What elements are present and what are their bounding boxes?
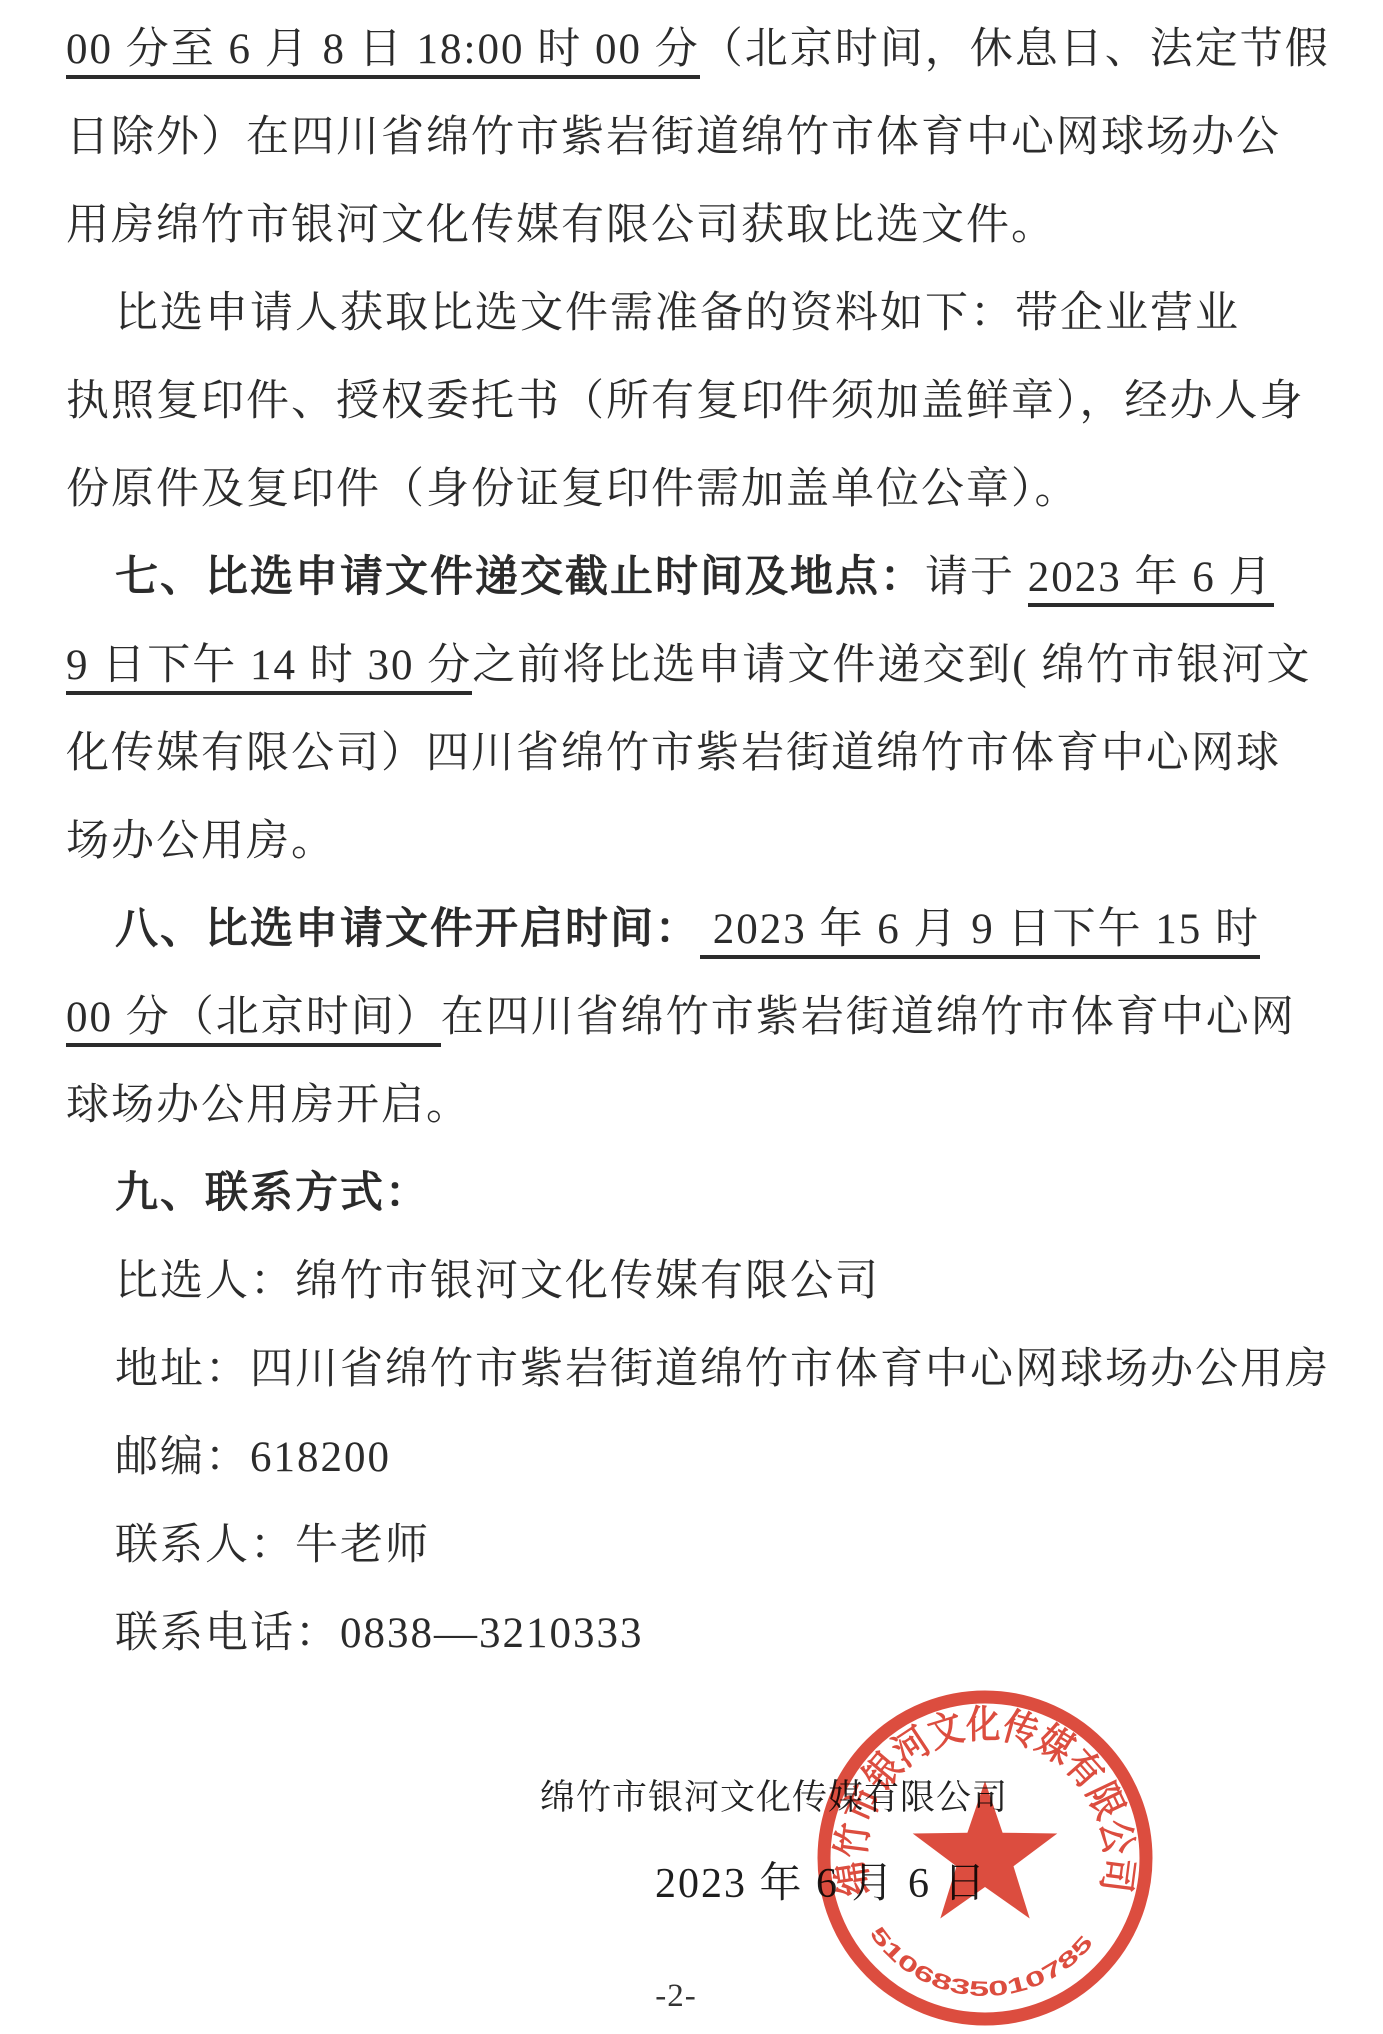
document-line: 9 日下午 14 时 30 分之前将比选申请文件递交到( 绵竹市银河文 [66, 622, 1328, 710]
document-line: 七、比选申请文件递交截止时间及地点：请于 2023 年 6 月 [66, 534, 1328, 622]
text-segment: 请于 [925, 554, 1028, 601]
document-line: 场办公用房。 [66, 798, 1328, 886]
text-segment: 份原件及复印件（身份证复印件需加盖单位公章）。 [66, 466, 1080, 513]
text-segment: 之前将比选申请文件递交到( 绵竹市银河文 [472, 642, 1311, 689]
document-line: 日除外）在四川省绵竹市紫岩街道绵竹市体育中心网球场办公 [66, 94, 1328, 182]
document-text-block: 00 分至 6 月 8 日 18:00 时 00 分（北京时间，休息日、法定节假… [66, 6, 1328, 1678]
document-line: 球场办公用房开启。 [66, 1062, 1328, 1150]
document-line: 执照复印件、授权委托书（所有复印件须加盖鲜章），经办人身 [66, 358, 1328, 446]
text-segment: 九、联系方式： [115, 1170, 430, 1217]
text-segment: 地址：四川省绵竹市紫岩街道绵竹市体育中心网球场办公用房 [115, 1346, 1330, 1393]
text-segment: 在四川省绵竹市紫岩街道绵竹市体育中心网 [441, 994, 1296, 1041]
page-number: -2- [601, 1978, 751, 2015]
text-segment: 七、比选申请文件递交截止时间及地点： [115, 554, 925, 601]
text-segment: 比选申请人获取比选文件需准备的资料如下：带企业营业 [115, 290, 1240, 337]
document-line: 化传媒有限公司）四川省绵竹市紫岩街道绵竹市体育中心网球 [66, 710, 1328, 798]
text-segment: 化传媒有限公司）四川省绵竹市紫岩街道绵竹市体育中心网球 [66, 730, 1281, 777]
text-segment: 00 分（北京时间） [66, 994, 441, 1047]
document-line: 联系电话：0838—3210333 [66, 1590, 1328, 1678]
text-segment: 00 分至 6 月 8 日 18:00 时 00 分 [66, 26, 700, 79]
text-segment: 2023 年 6 月 [1028, 554, 1274, 607]
document-line: 比选申请人获取比选文件需准备的资料如下：带企业营业 [66, 270, 1328, 358]
text-segment: 比选人：绵竹市银河文化传媒有限公司 [115, 1258, 880, 1305]
document-line: 用房绵竹市银河文化传媒有限公司获取比选文件。 [66, 182, 1328, 270]
text-segment: 2023 年 6 月 9 日下午 15 时 [700, 906, 1260, 959]
document-line: 地址：四川省绵竹市紫岩街道绵竹市体育中心网球场办公用房 [66, 1326, 1328, 1414]
text-segment: 用房绵竹市银河文化传媒有限公司获取比选文件。 [66, 202, 1056, 249]
seal-serial-number: 5106835010785 [865, 1922, 1098, 2001]
signature-company: 绵竹市银河文化传媒有限公司 [540, 1770, 1008, 1820]
text-segment: 八、比选申请文件开启时间： [115, 906, 700, 953]
text-segment: （北京时间，休息日、法定节假 [700, 26, 1330, 73]
document-line: 00 分（北京时间）在四川省绵竹市紫岩街道绵竹市体育中心网 [66, 974, 1328, 1062]
text-segment: 执照复印件、授权委托书（所有复印件须加盖鲜章），经办人身 [66, 378, 1305, 425]
text-segment: 日除外）在四川省绵竹市紫岩街道绵竹市体育中心网球场办公 [66, 114, 1281, 161]
document-line: 联系人：牛老师 [66, 1502, 1328, 1590]
document-line: 八、比选申请文件开启时间： 2023 年 6 月 9 日下午 15 时 [66, 886, 1328, 974]
document-line: 00 分至 6 月 8 日 18:00 时 00 分（北京时间，休息日、法定节假 [66, 6, 1328, 94]
document-line: 邮编：618200 [66, 1414, 1328, 1502]
text-segment: 场办公用房。 [66, 818, 336, 865]
scanned-document-page: { "page": { "number_label": "-2-", "back… [0, 0, 1383, 2034]
text-segment: 9 日下午 14 时 30 分 [66, 642, 472, 695]
document-line: 比选人：绵竹市银河文化传媒有限公司 [66, 1238, 1328, 1326]
text-segment: 邮编：618200 [115, 1434, 391, 1481]
text-segment: 联系人：牛老师 [115, 1522, 430, 1569]
document-line: 份原件及复印件（身份证复印件需加盖单位公章）。 [66, 446, 1328, 534]
text-segment: 球场办公用房开启。 [66, 1082, 471, 1129]
signature-date: 2023 年 6 月 6 日 [655, 1850, 988, 1910]
document-line: 九、联系方式： [66, 1150, 1328, 1238]
text-segment: 联系电话：0838—3210333 [115, 1610, 644, 1657]
